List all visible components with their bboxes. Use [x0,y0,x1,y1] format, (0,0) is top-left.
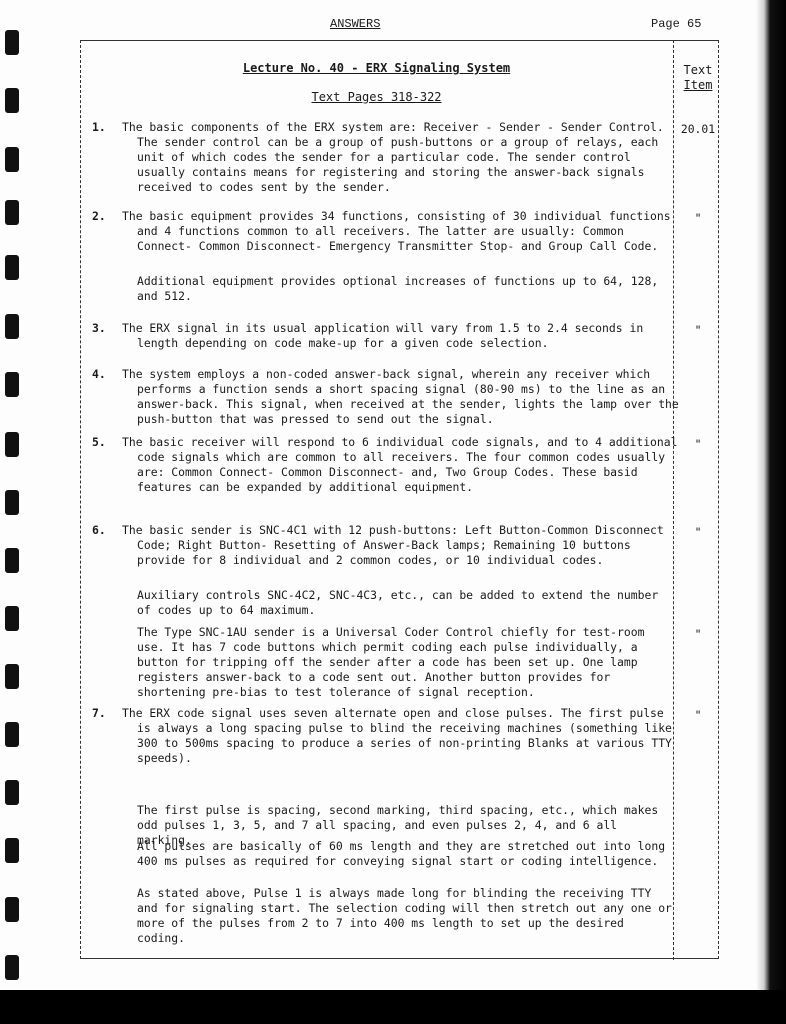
item-paragraph: The ERX signal in its usual application … [122,321,682,351]
binding-hole [5,314,19,339]
text-item-ref: " [678,211,718,225]
item-paragraph: The basic equipment provides 34 function… [122,209,682,254]
item-paragraph: The basic receiver will respond to 6 ind… [122,435,682,495]
text-item-ref: " [678,437,718,451]
binding-hole [5,606,19,631]
item-paragraph: The basic components of the ERX system a… [122,120,682,195]
item-paragraph: As stated above, Pulse 1 is always made … [137,886,672,946]
page-number: Page 65 [651,17,701,31]
lecture-subtitle: Text Pages 318-322 [80,90,673,104]
binding-hole [5,372,19,397]
item-paragraph: Additional equipment provides optional i… [137,274,672,304]
item-number: 2. [92,209,120,224]
binding-hole [5,780,19,805]
item-number: 1. [92,120,120,135]
item-number: 7. [92,706,120,721]
binding-hole [5,955,19,980]
binding-hole [5,88,19,113]
text-item-ref: " [678,323,718,337]
column-header-line1: Text [678,63,718,78]
item-paragraph: The system employs a non-coded answer-ba… [122,367,682,427]
binding-hole [5,897,19,922]
scan-edge-shadow [756,0,786,1024]
item-number: 4. [92,367,120,382]
binding-hole [5,432,19,457]
binding-hole [5,722,19,747]
item-number: 6. [92,523,120,538]
lecture-title: Lecture No. 40 - ERX Signaling System [80,61,673,75]
text-item-ref: " [678,708,718,722]
item-paragraph: The Type SNC-1AU sender is a Universal C… [137,625,672,700]
binding-hole [5,548,19,573]
text-item-ref: 20.01 [678,122,718,136]
binding-hole [5,664,19,689]
item-number: 5. [92,435,120,450]
binding-hole [5,147,19,172]
item-paragraph: The basic sender is SNC-4C1 with 12 push… [122,523,682,568]
item-paragraph: Auxiliary controls SNC-4C2, SNC-4C3, etc… [137,588,672,618]
item-paragraph: The ERX code signal uses seven alternate… [122,706,682,766]
item-paragraph: All pulses are basically of 60 ms length… [137,839,672,869]
scan-bottom-edge [0,990,786,1024]
page-header: ANSWERS Page 65 [0,17,760,35]
binding-hole [5,255,19,280]
binding-hole [5,490,19,515]
binding-hole [5,200,19,225]
text-item-ref: " [678,525,718,539]
column-header-line2: Item [678,78,718,93]
text-item-column-header: Text Item [678,63,718,93]
item-number: 3. [92,321,120,336]
header-title: ANSWERS [330,17,380,31]
binding-hole [5,838,19,863]
text-item-ref: " [678,627,718,641]
